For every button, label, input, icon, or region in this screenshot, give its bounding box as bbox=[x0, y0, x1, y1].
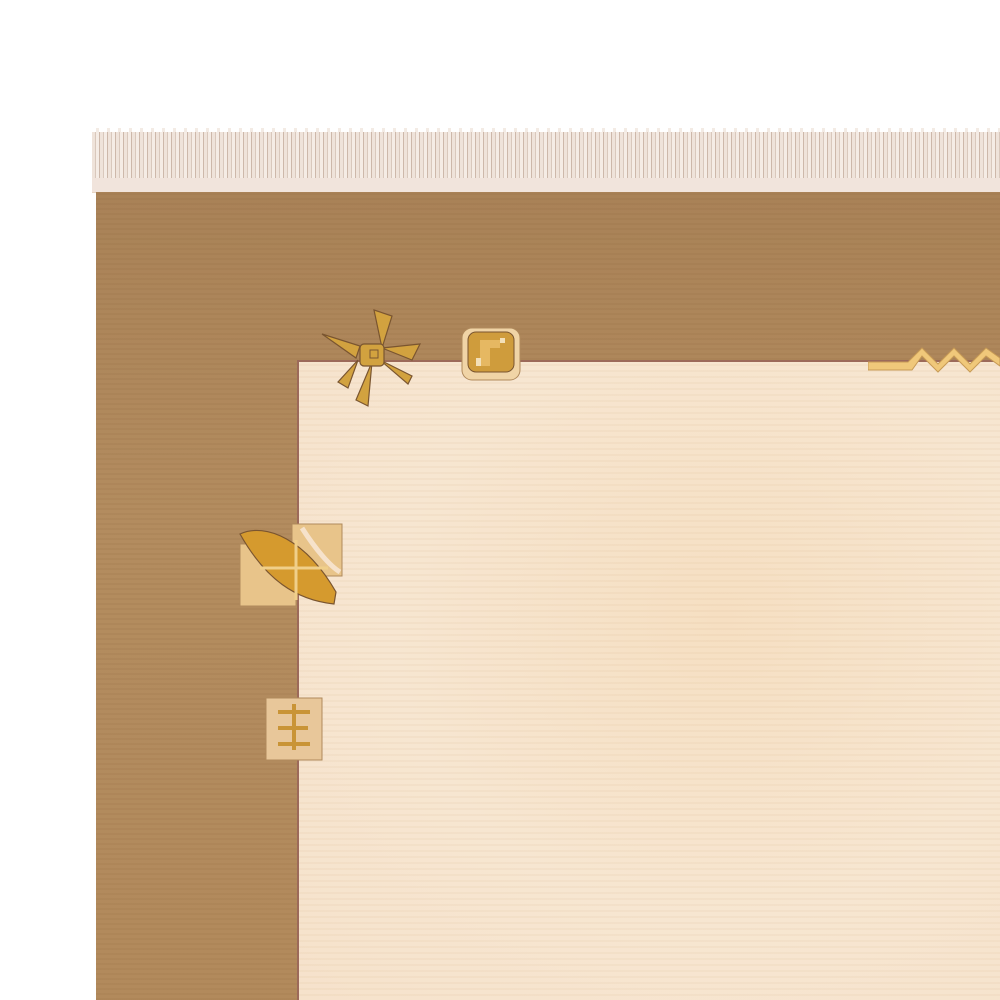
rug-photo bbox=[0, 0, 1000, 1000]
star-flower-icon bbox=[312, 300, 427, 415]
leaf-square-icon bbox=[236, 520, 348, 612]
zigzag-icon bbox=[868, 344, 1000, 380]
rug-edge-band bbox=[92, 178, 1000, 193]
rug-field bbox=[297, 360, 1000, 1000]
rug-fringe bbox=[92, 132, 1000, 182]
square-tile-icon bbox=[460, 326, 524, 384]
ladder-glyph-icon bbox=[264, 696, 324, 762]
